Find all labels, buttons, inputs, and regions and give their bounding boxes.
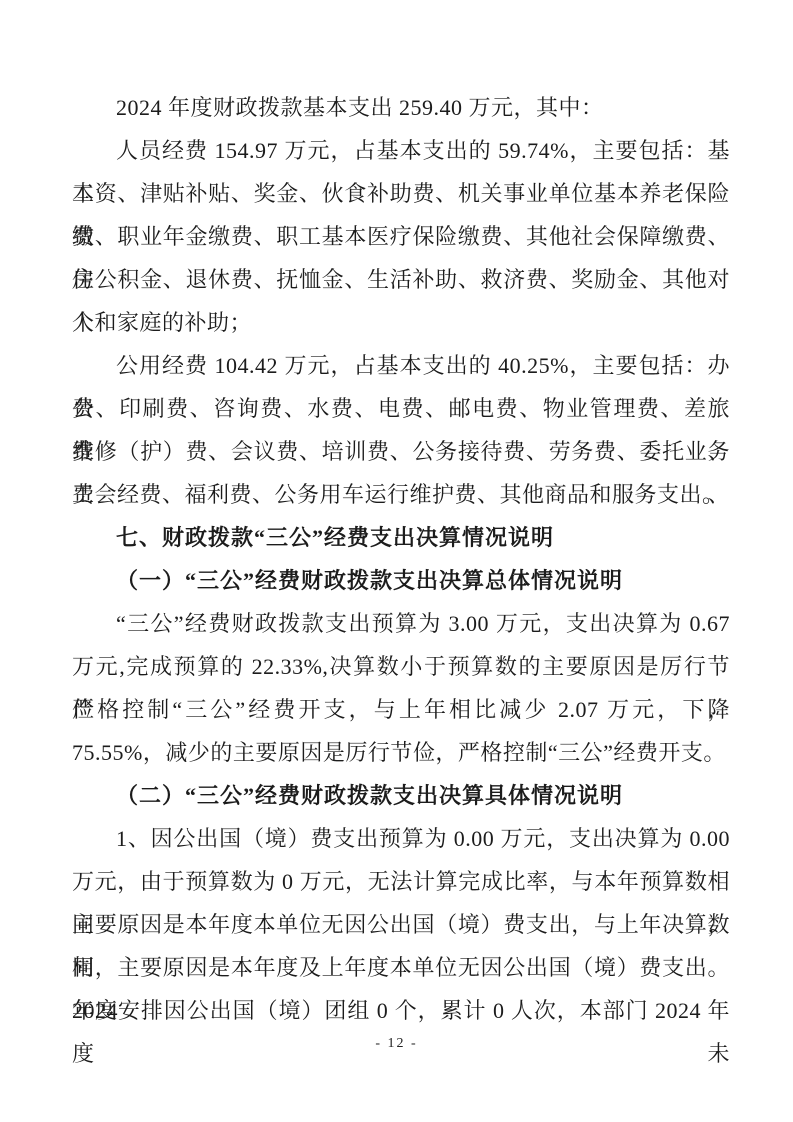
- para-overseas-travel-expense: 1、因公出国（境）费支出预算为 0.00 万元，支出决算为 0.00: [72, 817, 730, 860]
- doc-line: 房公积金、退休费、抚恤金、生活补助、救济费、奖励金、其他对个: [72, 258, 730, 301]
- para-basic-expenditure-total: 2024 年度财政拨款基本支出 259.40 万元，其中：: [72, 86, 730, 129]
- para-personnel-expense: 人员经费 154.97 万元，占基本支出的 59.74%，主要包括：基本: [72, 129, 730, 172]
- document-page: 2024 年度财政拨款基本支出 259.40 万元，其中： 人员经费 154.9…: [0, 0, 793, 1122]
- para-sangong-overview: “三公”经费财政拨款支出预算为 3.00 万元，支出决算为 0.67: [72, 602, 730, 645]
- heading-subsection-two: （二）“三公”经费财政拨款支出决算具体情况说明: [72, 774, 730, 817]
- heading-subsection-one: （一）“三公”经费财政拨款支出决算总体情况说明: [72, 559, 730, 602]
- doc-line: 人和家庭的补助；: [72, 301, 730, 344]
- doc-line: 75.55%，减少的主要原因是厉行节俭，严格控制“三公”经费开支。: [72, 731, 730, 774]
- doc-line: 维修（护）费、会议费、培训费、公务接待费、劳务费、委托业务费、: [72, 430, 730, 473]
- doc-line: 万元,完成预算的 22.33%,决算数小于预算数的主要原因是厉行节俭，: [72, 645, 730, 688]
- page-number: - 12 -: [0, 1033, 793, 1055]
- doc-line: 费、职业年金缴费、职工基本医疗保险缴费、其他社会保障缴费、住: [72, 215, 730, 258]
- document-body: 2024 年度财政拨款基本支出 259.40 万元，其中： 人员经费 154.9…: [72, 86, 730, 1032]
- doc-line: 同，主要原因是本年度及上年度本单位无因公出国（境）费支出。2024: [72, 946, 730, 989]
- para-public-expense: 公用经费 104.42 万元，占基本支出的 40.25%，主要包括：办公: [72, 344, 730, 387]
- doc-line: 工会经费、福利费、公务用车运行维护费、其他商品和服务支出。: [72, 473, 730, 516]
- doc-line: 万元，由于预算数为 0 万元，无法计算完成比率，与本年预算数相同，: [72, 860, 730, 903]
- doc-line: 严格控制“三公”经费开支，与上年相比减少 2.07 万元，下降: [72, 688, 730, 731]
- doc-line: 主要原因是本年度本单位无因公出国（境）费支出，与上年决算数相: [72, 903, 730, 946]
- doc-line: 工资、津贴补贴、奖金、伙食补助费、机关事业单位基本养老保险缴: [72, 172, 730, 215]
- doc-line: 费、印刷费、咨询费、水费、电费、邮电费、物业管理费、差旅费、: [72, 387, 730, 430]
- doc-line: 年度安排因公出国（境）团组 0 个，累计 0 人次，本部门 2024 年度未: [72, 989, 730, 1032]
- heading-section-seven: 七、财政拨款“三公”经费支出决算情况说明: [72, 516, 730, 559]
